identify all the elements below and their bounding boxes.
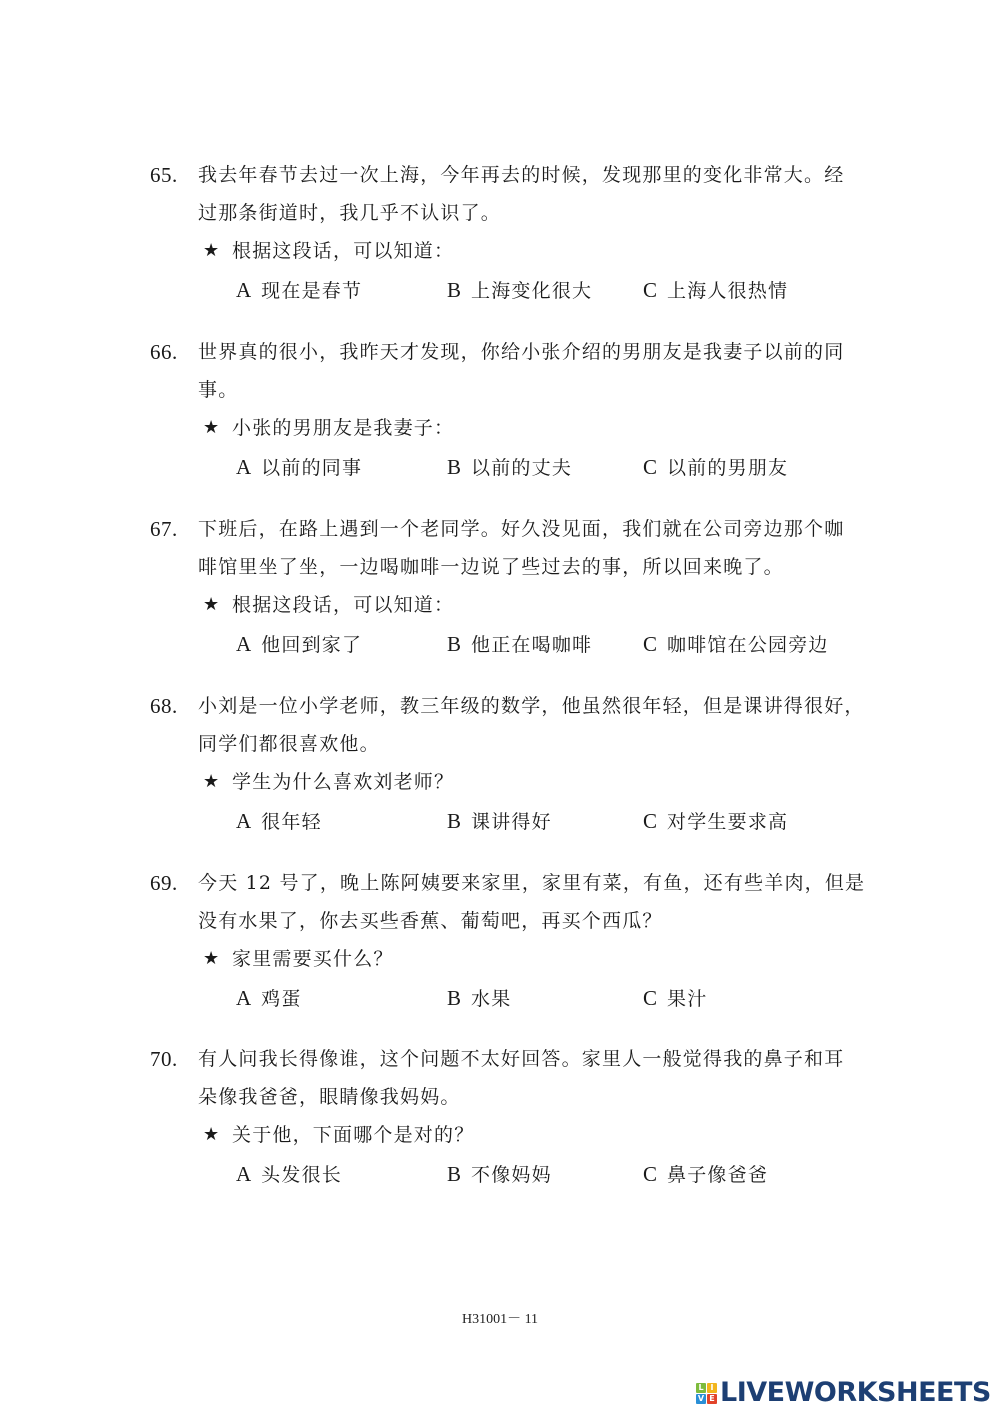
option-letter: C bbox=[643, 278, 657, 302]
option-c[interactable]: C果汁 bbox=[643, 978, 707, 1019]
question-line-2: 同学们都很喜欢他。 bbox=[150, 725, 860, 763]
question-prompt: ★ 根据这段话，可以知道： bbox=[150, 586, 860, 624]
question-text: 我去年春节去过一次上海，今年再去的时候，发现那里的变化非常大。经 bbox=[198, 156, 844, 194]
question-text: 没有水果了，你去买些香蕉、葡萄吧，再买个西瓜？ bbox=[198, 902, 663, 940]
question-number: 65. bbox=[150, 156, 178, 194]
answer-options: A头发很长 B不像妈妈 C鼻子像爸爸 bbox=[150, 1154, 860, 1194]
option-text: 对学生要求高 bbox=[667, 811, 788, 833]
option-text: 他回到家了 bbox=[261, 634, 362, 656]
option-b[interactable]: B他正在喝咖啡 bbox=[447, 624, 592, 665]
option-text: 以前的男朋友 bbox=[667, 457, 788, 479]
option-a[interactable]: A头发很长 bbox=[236, 1154, 342, 1195]
question-line-1: 69. 今天 12 号了，晚上陈阿姨要来家里，家里有菜，有鱼，还有些羊肉，但是 bbox=[150, 864, 860, 902]
question-line-1: 67. 下班后，在路上遇到一个老同学。好久没见面，我们就在公司旁边那个咖 bbox=[150, 510, 860, 548]
question-line-2: 事。 bbox=[150, 371, 860, 409]
question-65: 65. 我去年春节去过一次上海，今年再去的时候，发现那里的变化非常大。经 过那条… bbox=[150, 156, 860, 310]
option-text: 果汁 bbox=[667, 988, 707, 1010]
question-prompt: ★ 根据这段话，可以知道： bbox=[150, 232, 860, 270]
star-icon: ★ bbox=[203, 763, 219, 801]
star-icon: ★ bbox=[203, 586, 219, 624]
option-letter: A bbox=[236, 1162, 251, 1186]
question-text: 事。 bbox=[198, 371, 238, 409]
question-text: 有人问我长得像谁，这个问题不太好回答。家里人一般觉得我的鼻子和耳 bbox=[198, 1040, 844, 1078]
option-a[interactable]: A他回到家了 bbox=[236, 624, 362, 665]
option-text: 课讲得好 bbox=[471, 811, 552, 833]
question-text: 下班后，在路上遇到一个老同学。好久没见面，我们就在公司旁边那个咖 bbox=[198, 510, 844, 548]
option-letter: A bbox=[236, 632, 251, 656]
option-text: 水果 bbox=[471, 988, 511, 1010]
star-icon: ★ bbox=[203, 409, 219, 447]
option-text: 现在是春节 bbox=[261, 280, 362, 302]
option-c[interactable]: C鼻子像爸爸 bbox=[643, 1154, 768, 1195]
option-letter: B bbox=[447, 986, 461, 1010]
logo-icon: L I V E bbox=[696, 1383, 717, 1404]
logo-cell-l: L bbox=[696, 1383, 706, 1393]
option-letter: A bbox=[236, 455, 251, 479]
option-c[interactable]: C上海人很热情 bbox=[643, 270, 788, 311]
answer-options: A他回到家了 B他正在喝咖啡 C咖啡馆在公园旁边 bbox=[150, 624, 860, 664]
question-66: 66. 世界真的很小，我昨天才发现，你给小张介绍的男朋友是我妻子以前的同 事。 … bbox=[150, 333, 860, 487]
question-text: 小刘是一位小学老师，教三年级的数学，他虽然很年轻，但是课讲得很好， bbox=[198, 687, 865, 725]
question-69: 69. 今天 12 号了，晚上陈阿姨要来家里，家里有菜，有鱼，还有些羊肉，但是 … bbox=[150, 864, 860, 1018]
question-text: 世界真的很小，我昨天才发现，你给小张介绍的男朋友是我妻子以前的同 bbox=[198, 333, 844, 371]
option-letter: C bbox=[643, 632, 657, 656]
option-letter: C bbox=[643, 455, 657, 479]
question-line-2: 朵像我爸爸，眼睛像我妈妈。 bbox=[150, 1078, 860, 1116]
option-a[interactable]: A很年轻 bbox=[236, 801, 322, 842]
option-b[interactable]: B课讲得好 bbox=[447, 801, 552, 842]
option-letter: C bbox=[643, 809, 657, 833]
star-icon: ★ bbox=[203, 1116, 219, 1154]
option-letter: C bbox=[643, 1162, 657, 1186]
logo-cell-v: V bbox=[696, 1394, 706, 1404]
option-letter: B bbox=[447, 809, 461, 833]
option-text: 上海人很热情 bbox=[667, 280, 788, 302]
question-line-2: 没有水果了，你去买些香蕉、葡萄吧，再买个西瓜？ bbox=[150, 902, 860, 940]
option-text: 鸡蛋 bbox=[261, 988, 301, 1010]
option-a[interactable]: A以前的同事 bbox=[236, 447, 362, 488]
option-letter: B bbox=[447, 632, 461, 656]
logo-cell-i: I bbox=[707, 1383, 717, 1393]
option-letter: A bbox=[236, 809, 251, 833]
question-number: 70. bbox=[150, 1040, 178, 1078]
option-text: 以前的丈夫 bbox=[471, 457, 572, 479]
option-letter: A bbox=[236, 278, 251, 302]
answer-options: A鸡蛋 B水果 C果汁 bbox=[150, 978, 860, 1018]
option-text: 上海变化很大 bbox=[471, 280, 592, 302]
option-text: 很年轻 bbox=[261, 811, 322, 833]
option-c[interactable]: C对学生要求高 bbox=[643, 801, 788, 842]
prompt-text: 根据这段话，可以知道： bbox=[232, 586, 454, 624]
option-a[interactable]: A鸡蛋 bbox=[236, 978, 302, 1019]
prompt-text: 小张的男朋友是我妻子： bbox=[232, 409, 454, 447]
option-text: 鼻子像爸爸 bbox=[667, 1164, 768, 1186]
question-line-1: 66. 世界真的很小，我昨天才发现，你给小张介绍的男朋友是我妻子以前的同 bbox=[150, 333, 860, 371]
worksheet-page: 65. 我去年春节去过一次上海，今年再去的时候，发现那里的变化非常大。经 过那条… bbox=[0, 0, 1000, 1413]
question-70: 70. 有人问我长得像谁，这个问题不太好回答。家里人一般觉得我的鼻子和耳 朵像我… bbox=[150, 1040, 860, 1194]
option-b[interactable]: B上海变化很大 bbox=[447, 270, 592, 311]
question-text: 今天 12 号了，晚上陈阿姨要来家里，家里有菜，有鱼，还有些羊肉，但是 bbox=[198, 864, 865, 902]
question-67: 67. 下班后，在路上遇到一个老同学。好久没见面，我们就在公司旁边那个咖 啡馆里… bbox=[150, 510, 860, 664]
prompt-text: 家里需要买什么？ bbox=[232, 940, 394, 978]
option-b[interactable]: B以前的丈夫 bbox=[447, 447, 572, 488]
logo-text: LIVEWORKSHEETS bbox=[720, 1378, 991, 1408]
question-number: 68. bbox=[150, 687, 178, 725]
option-letter: B bbox=[447, 278, 461, 302]
prompt-text: 根据这段话，可以知道： bbox=[232, 232, 454, 270]
option-text: 不像妈妈 bbox=[471, 1164, 552, 1186]
question-number: 67. bbox=[150, 510, 178, 548]
option-text: 咖啡馆在公园旁边 bbox=[667, 634, 829, 656]
question-line-1: 70. 有人问我长得像谁，这个问题不太好回答。家里人一般觉得我的鼻子和耳 bbox=[150, 1040, 860, 1078]
question-text: 过那条街道时，我几乎不认识了。 bbox=[198, 194, 501, 232]
question-line-2: 过那条街道时，我几乎不认识了。 bbox=[150, 194, 860, 232]
option-text: 他正在喝咖啡 bbox=[471, 634, 592, 656]
answer-options: A以前的同事 B以前的丈夫 C以前的男朋友 bbox=[150, 447, 860, 487]
answer-options: A现在是春节 B上海变化很大 C上海人很热情 bbox=[150, 270, 860, 310]
question-text: 啡馆里坐了坐，一边喝咖啡一边说了些过去的事，所以回来晚了。 bbox=[198, 548, 784, 586]
question-line-1: 68. 小刘是一位小学老师，教三年级的数学，他虽然很年轻，但是课讲得很好， bbox=[150, 687, 860, 725]
question-line-1: 65. 我去年春节去过一次上海，今年再去的时候，发现那里的变化非常大。经 bbox=[150, 156, 860, 194]
option-letter: C bbox=[643, 986, 657, 1010]
question-text: 同学们都很喜欢他。 bbox=[198, 725, 380, 763]
option-letter: B bbox=[447, 455, 461, 479]
option-a[interactable]: A现在是春节 bbox=[236, 270, 362, 311]
answer-options: A很年轻 B课讲得好 C对学生要求高 bbox=[150, 801, 860, 841]
star-icon: ★ bbox=[203, 232, 219, 270]
question-line-2: 啡馆里坐了坐，一边喝咖啡一边说了些过去的事，所以回来晚了。 bbox=[150, 548, 860, 586]
question-prompt: ★ 学生为什么喜欢刘老师？ bbox=[150, 763, 860, 801]
question-text: 朵像我爸爸，眼睛像我妈妈。 bbox=[198, 1078, 461, 1116]
question-prompt: ★ 家里需要买什么？ bbox=[150, 940, 860, 978]
question-prompt: ★ 小张的男朋友是我妻子： bbox=[150, 409, 860, 447]
question-prompt: ★ 关于他，下面哪个是对的？ bbox=[150, 1116, 860, 1154]
question-68: 68. 小刘是一位小学老师，教三年级的数学，他虽然很年轻，但是课讲得很好， 同学… bbox=[150, 687, 860, 841]
question-number: 69. bbox=[150, 864, 178, 902]
option-b[interactable]: B不像妈妈 bbox=[447, 1154, 552, 1195]
option-text: 以前的同事 bbox=[261, 457, 362, 479]
liveworksheets-logo: L I V E LIVEWORKSHEETS bbox=[696, 1378, 991, 1408]
page-footer: H31001－ 11 bbox=[0, 1308, 1000, 1328]
option-b[interactable]: B水果 bbox=[447, 978, 511, 1019]
option-text: 头发很长 bbox=[261, 1164, 342, 1186]
star-icon: ★ bbox=[203, 940, 219, 978]
prompt-text: 关于他，下面哪个是对的？ bbox=[232, 1116, 474, 1154]
question-number: 66. bbox=[150, 333, 178, 371]
option-letter: A bbox=[236, 986, 251, 1010]
option-c[interactable]: C咖啡馆在公园旁边 bbox=[643, 624, 829, 665]
prompt-text: 学生为什么喜欢刘老师？ bbox=[232, 763, 454, 801]
option-c[interactable]: C以前的男朋友 bbox=[643, 447, 788, 488]
option-letter: B bbox=[447, 1162, 461, 1186]
logo-cell-e: E bbox=[707, 1394, 717, 1404]
